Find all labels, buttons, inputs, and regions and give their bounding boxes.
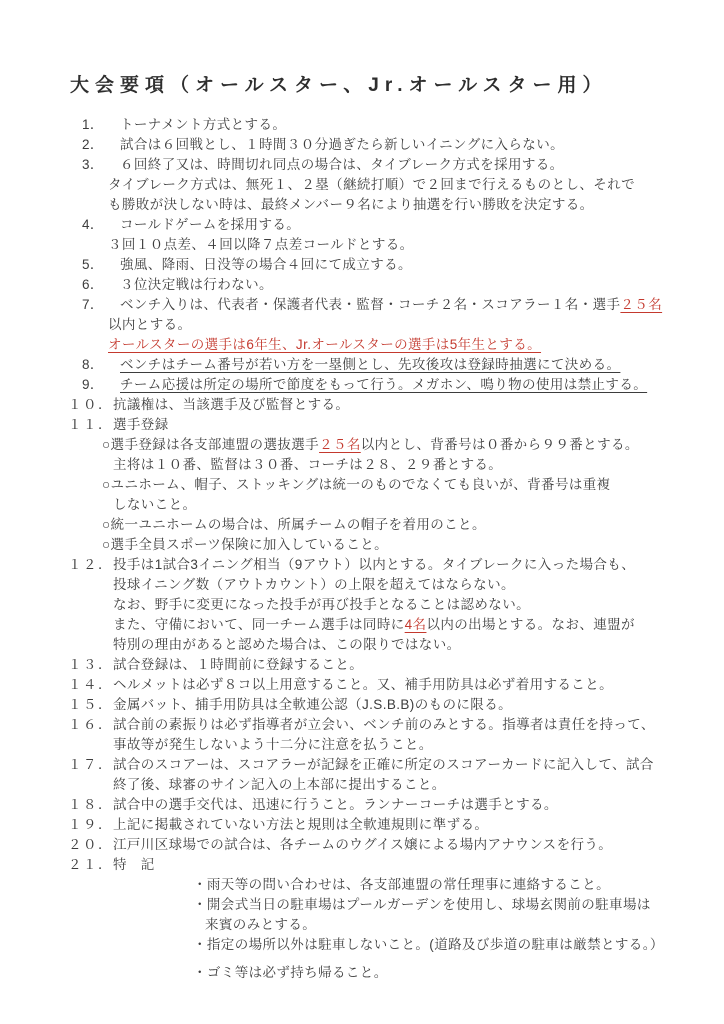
rule-line: 強風、降雨、日没等の場合４回にて成立する。 xyxy=(108,255,688,275)
rule-item: 2．試合は６回戦とし、１時間３０分過ぎたら新しいイニングに入らない。 xyxy=(68,135,688,155)
text-segment: チーム応援は所定の場所で節度をもって行う。メガホン、鳴り物の使用は禁止する。 xyxy=(120,377,647,392)
rule-line: コールドゲームを採用する。 xyxy=(108,215,688,235)
rule-number: 4． xyxy=(68,215,108,235)
text-segment: 以内とし、背番号は０番から９９番とする。 xyxy=(361,437,639,452)
text-segment: 試合前の素振りは必ず指導者が立会い、ベンチ前のみとする。指導者は責任を持って、 xyxy=(113,717,655,732)
rule-line: また、守備において、同一チーム選手は同時に4名以内の出場とする。なお、連盟が xyxy=(113,615,688,635)
rule-body: 江戸川区球場での試合は、各チームのウグイス嬢による場内アナウンスを行う。 xyxy=(113,835,688,855)
rule-body: 試合のスコアーは、スコアラーが記録を正確に所定のスコアーカードに記入して、試合終… xyxy=(113,755,688,795)
rule-line: 試合中の選手交代は、迅速に行うこと。ランナーコーチは選手とする。 xyxy=(113,795,688,815)
rule-line: なお、野手に変更になった投手が再び投手となることは認めない。 xyxy=(113,595,688,615)
rule-line: 抗議権は、当該選手及び監督とする。 xyxy=(113,395,688,415)
rule-item: １７．試合のスコアーは、スコアラーが記録を正確に所定のスコアーカードに記入して、… xyxy=(68,755,688,795)
text-segment: トーナメント方式とする。 xyxy=(120,117,286,132)
text-segment: ・指定の場所以外は駐車しないこと。(道路及び歩道の駐車は厳禁とする。） xyxy=(193,937,664,952)
text-segment: 抗議権は、当該選手及び監督とする。 xyxy=(113,397,349,412)
rule-body: 上記に掲載されていない方法と規則は全軟連規則に準ずる。 xyxy=(113,815,688,835)
text-segment: ベンチ入りは、代表者・保護者代表・監督・コーチ２名・スコアラー１名・選手 xyxy=(120,297,620,312)
rule-number: 6． xyxy=(68,275,108,295)
rule-number: 9． xyxy=(68,375,108,395)
text-segment: 試合は６回戦とし、１時間３０分過ぎたら新しいイニングに入らない。 xyxy=(120,137,564,152)
rule-body: 試合前の素振りは必ず指導者が立会い、ベンチ前のみとする。指導者は責任を持って、事… xyxy=(113,715,688,755)
rule-line: 特別の理由があると認めた場合は、この限りではない。 xyxy=(113,635,688,655)
rule-line: 試合は６回戦とし、１時間３０分過ぎたら新しいイニングに入らない。 xyxy=(108,135,688,155)
rule-line: 投手は1試合3イニング相当（9アウト）以内とする。タイブレークに入った場合も、 xyxy=(113,555,688,575)
rule-line: しないこと。 xyxy=(113,495,688,515)
rule-body: ヘルメットは必ず８コ以上用意すること。又、補手用防具は必ず着用すること。 xyxy=(113,675,688,695)
rule-line: ベンチはチーム番号が若い方を一塁側とし、先攻後攻は登録時抽選にて決める。 xyxy=(108,355,688,375)
text-segment: 特 記 xyxy=(113,857,155,872)
text-segment: 金属バット、捕手用防具は全軟連公認（J.S.B.B)のものに限る。 xyxy=(113,697,512,712)
text-segment: 事故等が発生しないよう十二分に注意を払うこと。 xyxy=(113,737,433,752)
rule-body: コールドゲームを採用する。３回１０点差、４回以降７点差コールドとする。 xyxy=(108,215,688,255)
document-page: 大会要項（オールスター、Jr.オールスター用） 1．トーナメント方式とする。2．… xyxy=(0,0,724,1024)
rule-line: も勝敗が決しない時は、最終メンバー９名により抽選を行い勝敗を決定する。 xyxy=(108,195,688,215)
rule-item: １９．上記に掲載されていない方法と規則は全軟連規則に準ずる。 xyxy=(68,815,688,835)
rule-number: ２０． xyxy=(68,835,113,855)
rule-item: 1．トーナメント方式とする。 xyxy=(68,115,688,135)
rule-item: １６．試合前の素振りは必ず指導者が立会い、ベンチ前のみとする。指導者は責任を持っ… xyxy=(68,715,688,755)
text-segment: しないこと。 xyxy=(113,497,196,512)
rule-line: ○選手登録は各支部連盟の選抜選手２５名以内とし、背番号は０番から９９番とする。 xyxy=(102,435,688,455)
rule-body: ６回終了又は、時間切れ同点の場合は、タイブレーク方式を採用する。タイブレーク方式… xyxy=(108,155,688,215)
rule-item: 8．ベンチはチーム番号が若い方を一塁側とし、先攻後攻は登録時抽選にて決める。 xyxy=(68,355,688,375)
rule-line: ○統一ユニホームの場合は、所属チームの帽子を着用のこと。 xyxy=(102,515,688,535)
rule-number: ２１． xyxy=(68,855,113,875)
rule-item: ２０．江戸川区球場での試合は、各チームのウグイス嬢による場内アナウンスを行う。 xyxy=(68,835,688,855)
rules-list: 1．トーナメント方式とする。2．試合は６回戦とし、１時間３０分過ぎたら新しいイニ… xyxy=(68,115,688,983)
rule-item: 6．３位決定戦は行わない。 xyxy=(68,275,688,295)
text-segment: ○選手登録は各支部連盟の選抜選手 xyxy=(102,437,319,452)
rule-number: １２． xyxy=(68,555,113,575)
rule-number: 5． xyxy=(68,255,108,275)
rule-number: １９． xyxy=(68,815,113,835)
text-segment: も勝敗が決しない時は、最終メンバー９名により抽選を行い勝敗を決定する。 xyxy=(108,197,594,212)
rule-number: １５． xyxy=(68,695,113,715)
rule-line: ・指定の場所以外は駐車しないこと。(道路及び歩道の駐車は厳禁とする。） xyxy=(193,935,688,955)
text-segment: ○統一ユニホームの場合は、所属チームの帽子を着用のこと。 xyxy=(102,517,486,532)
rule-item: １５．金属バット、捕手用防具は全軟連公認（J.S.B.B)のものに限る。 xyxy=(68,695,688,715)
rule-item: １３．試合登録は、１時間前に登録すること。 xyxy=(68,655,688,675)
text-segment: 投球イニング数（アウトカウント）の上限を超えてはならない。 xyxy=(113,577,515,592)
rule-item: １８．試合中の選手交代は、迅速に行うこと。ランナーコーチは選手とする。 xyxy=(68,795,688,815)
rule-body: 特 記・雨天等の問い合わせは、各支部連盟の常任理事に連絡すること。・開会式当日の… xyxy=(113,855,688,983)
text-segment: ３位決定戦は行わない。 xyxy=(120,277,273,292)
rule-number: 8． xyxy=(68,355,108,375)
text-segment: また、守備において、同一チーム選手は同時に xyxy=(113,617,405,632)
rule-body: 金属バット、捕手用防具は全軟連公認（J.S.B.B)のものに限る。 xyxy=(113,695,688,715)
rule-body: ベンチはチーム番号が若い方を一塁側とし、先攻後攻は登録時抽選にて決める。 xyxy=(108,355,688,375)
highlighted-text: 4名 xyxy=(405,617,427,632)
rule-line: ３位決定戦は行わない。 xyxy=(108,275,688,295)
rule-line: 主将は１０番、監督は３０番、コーチは２８、２９番とする。 xyxy=(113,455,688,475)
text-segment: コールドゲームを採用する。 xyxy=(120,217,300,232)
text-segment: ３回１０点差、４回以降７点差コールドとする。 xyxy=(108,237,414,252)
rule-line: 試合のスコアーは、スコアラーが記録を正確に所定のスコアーカードに記入して、試合 xyxy=(113,755,688,775)
text-segment: 選手登録 xyxy=(113,417,169,432)
text-segment: 強風、降雨、日没等の場合４回にて成立する。 xyxy=(120,257,412,272)
rule-line: 以内とする。 xyxy=(108,315,688,335)
rule-number: 1． xyxy=(68,115,108,135)
rule-line: ６回終了又は、時間切れ同点の場合は、タイブレーク方式を採用する。 xyxy=(108,155,688,175)
text-segment: 投手は1試合3イニング相当（9アウト）以内とする。タイブレークに入った場合も、 xyxy=(113,557,635,572)
rule-line: 江戸川区球場での試合は、各チームのウグイス嬢による場内アナウンスを行う。 xyxy=(113,835,688,855)
rule-line: 投球イニング数（アウトカウント）の上限を超えてはならない。 xyxy=(113,575,688,595)
rule-item: １４．ヘルメットは必ず８コ以上用意すること。又、補手用防具は必ず着用すること。 xyxy=(68,675,688,695)
text-segment: ・ゴミ等は必ず持ち帰ること。 xyxy=(193,965,388,980)
rule-line: ・開会式当日の駐車場はプールガーデンを使用し、球場玄関前の駐車場は xyxy=(193,895,688,915)
rule-body: 投手は1試合3イニング相当（9アウト）以内とする。タイブレークに入った場合も、投… xyxy=(113,555,688,655)
rule-body: 強風、降雨、日没等の場合４回にて成立する。 xyxy=(108,255,688,275)
rule-line: タイブレーク方式は、無死１、２塁（継続打順）で２回まで行えるものとし、それで xyxy=(108,175,688,195)
highlighted-text: ２５名 xyxy=(319,437,361,452)
rule-line: 特 記 xyxy=(113,855,688,875)
rule-item: ２１．特 記・雨天等の問い合わせは、各支部連盟の常任理事に連絡すること。・開会式… xyxy=(68,855,688,983)
text-segment: 以内とする。 xyxy=(108,317,191,332)
text-segment: ベンチはチーム番号が若い方を一塁側とし、先攻後攻は登録時抽選にて決める。 xyxy=(120,357,620,372)
rule-item: 5．強風、降雨、日没等の場合４回にて成立する。 xyxy=(68,255,688,275)
rule-number: １４． xyxy=(68,675,113,695)
rule-number: 3． xyxy=(68,155,108,175)
rule-line: ・雨天等の問い合わせは、各支部連盟の常任理事に連絡すること。 xyxy=(193,875,688,895)
rule-line: ３回１０点差、４回以降７点差コールドとする。 xyxy=(108,235,688,255)
rule-body: 選手登録○選手登録は各支部連盟の選抜選手２５名以内とし、背番号は０番から９９番と… xyxy=(113,415,688,555)
rule-item: 9．チーム応援は所定の場所で節度をもって行う。メガホン、鳴り物の使用は禁止する。 xyxy=(68,375,688,395)
rule-body: トーナメント方式とする。 xyxy=(108,115,688,135)
rule-number: １７． xyxy=(68,755,113,775)
rule-line: チーム応援は所定の場所で節度をもって行う。メガホン、鳴り物の使用は禁止する。 xyxy=(108,375,688,395)
rule-body: ３位決定戦は行わない。 xyxy=(108,275,688,295)
rule-line: ○ユニホーム、帽子、ストッキングは統一のものでなくても良いが、背番号は重複 xyxy=(102,475,688,495)
text-segment: ・開会式当日の駐車場はプールガーデンを使用し、球場玄関前の駐車場は xyxy=(193,897,651,912)
text-segment: ○ユニホーム、帽子、ストッキングは統一のものでなくても良いが、背番号は重複 xyxy=(102,477,611,492)
text-segment: 試合中の選手交代は、迅速に行うこと。ランナーコーチは選手とする。 xyxy=(113,797,558,812)
text-segment: 来賓のみとする。 xyxy=(205,917,316,932)
rule-line: ベンチ入りは、代表者・保護者代表・監督・コーチ２名・スコアラー１名・選手２５名 xyxy=(108,295,688,315)
text-segment: タイブレーク方式は、無死１、２塁（継続打順）で２回まで行えるものとし、それで xyxy=(108,177,635,192)
text-segment: ・雨天等の問い合わせは、各支部連盟の常任理事に連絡すること。 xyxy=(193,877,610,892)
rule-number: １８． xyxy=(68,795,113,815)
rule-body: 抗議権は、当該選手及び監督とする。 xyxy=(113,395,688,415)
text-segment: 試合登録は、１時間前に登録すること。 xyxy=(113,657,363,672)
rule-line: 試合前の素振りは必ず指導者が立会い、ベンチ前のみとする。指導者は責任を持って、 xyxy=(113,715,688,735)
text-segment: ○選手全員スポーツ保険に加入していること。 xyxy=(102,537,388,552)
text-segment: 以内の出場とする。なお、連盟が xyxy=(426,617,635,632)
rule-body: 試合中の選手交代は、迅速に行うこと。ランナーコーチは選手とする。 xyxy=(113,795,688,815)
rule-number: １３． xyxy=(68,655,113,675)
text-segment: 上記に掲載されていない方法と規則は全軟連規則に準ずる。 xyxy=(113,817,488,832)
rule-body: チーム応援は所定の場所で節度をもって行う。メガホン、鳴り物の使用は禁止する。 xyxy=(108,375,688,395)
rule-body: ベンチ入りは、代表者・保護者代表・監督・コーチ２名・スコアラー１名・選手２５名以… xyxy=(108,295,688,355)
rule-item: 4．コールドゲームを採用する。３回１０点差、４回以降７点差コールドとする。 xyxy=(68,215,688,255)
rule-line: ヘルメットは必ず８コ以上用意すること。又、補手用防具は必ず着用すること。 xyxy=(113,675,688,695)
rule-body: 試合は６回戦とし、１時間３０分過ぎたら新しいイニングに入らない。 xyxy=(108,135,688,155)
rule-line: 来賓のみとする。 xyxy=(205,915,688,935)
text-segment: 主将は１０番、監督は３０番、コーチは２８、２９番とする。 xyxy=(113,457,502,472)
rule-item: 7．ベンチ入りは、代表者・保護者代表・監督・コーチ２名・スコアラー１名・選手２５… xyxy=(68,295,688,355)
text-segment: 試合のスコアーは、スコアラーが記録を正確に所定のスコアーカードに記入して、試合 xyxy=(113,757,654,772)
rule-item: １１．選手登録○選手登録は各支部連盟の選抜選手２５名以内とし、背番号は０番から９… xyxy=(68,415,688,555)
text-segment: 終了後、球審のサイン記入の上本部に提出すること。 xyxy=(113,777,446,792)
rule-number: １０． xyxy=(68,395,113,415)
highlighted-text: オールスターの選手は6年生、Jr.オールスターの選手は5年生とする。 xyxy=(108,337,541,352)
rule-number: 7． xyxy=(68,295,108,315)
text-segment: 特別の理由があると認めた場合は、この限りではない。 xyxy=(113,637,461,652)
rule-line: トーナメント方式とする。 xyxy=(108,115,688,135)
rule-item: １２．投手は1試合3イニング相当（9アウト）以内とする。タイブレークに入った場合… xyxy=(68,555,688,655)
text-segment: なお、野手に変更になった投手が再び投手となることは認めない。 xyxy=(113,597,530,612)
text-segment: 江戸川区球場での試合は、各チームのウグイス嬢による場内アナウンスを行う。 xyxy=(113,837,612,852)
rule-line: オールスターの選手は6年生、Jr.オールスターの選手は5年生とする。 xyxy=(108,335,688,355)
rule-item: １０．抗議権は、当該選手及び監督とする。 xyxy=(68,395,688,415)
rule-line: ○選手全員スポーツ保険に加入していること。 xyxy=(102,535,688,555)
rule-item: 3．６回終了又は、時間切れ同点の場合は、タイブレーク方式を採用する。タイブレーク… xyxy=(68,155,688,215)
rule-body: 試合登録は、１時間前に登録すること。 xyxy=(113,655,688,675)
rule-number: １６． xyxy=(68,715,113,735)
rule-number: １１． xyxy=(68,415,113,435)
rule-line: 上記に掲載されていない方法と規則は全軟連規則に準ずる。 xyxy=(113,815,688,835)
text-segment: ６回終了又は、時間切れ同点の場合は、タイブレーク方式を採用する。 xyxy=(120,157,564,172)
document-title: 大会要項（オールスター、Jr.オールスター用） xyxy=(70,70,688,97)
rule-line: 金属バット、捕手用防具は全軟連公認（J.S.B.B)のものに限る。 xyxy=(113,695,688,715)
text-segment: ヘルメットは必ず８コ以上用意すること。又、補手用防具は必ず着用すること。 xyxy=(113,677,613,692)
rule-line: 選手登録 xyxy=(113,415,688,435)
highlighted-text: ２５名 xyxy=(620,297,662,312)
rule-number: 2． xyxy=(68,135,108,155)
rule-line: 事故等が発生しないよう十二分に注意を払うこと。 xyxy=(113,735,688,755)
rule-line: 終了後、球審のサイン記入の上本部に提出すること。 xyxy=(113,775,688,795)
rule-line: 試合登録は、１時間前に登録すること。 xyxy=(113,655,688,675)
rule-line: ・ゴミ等は必ず持ち帰ること。 xyxy=(193,963,688,983)
